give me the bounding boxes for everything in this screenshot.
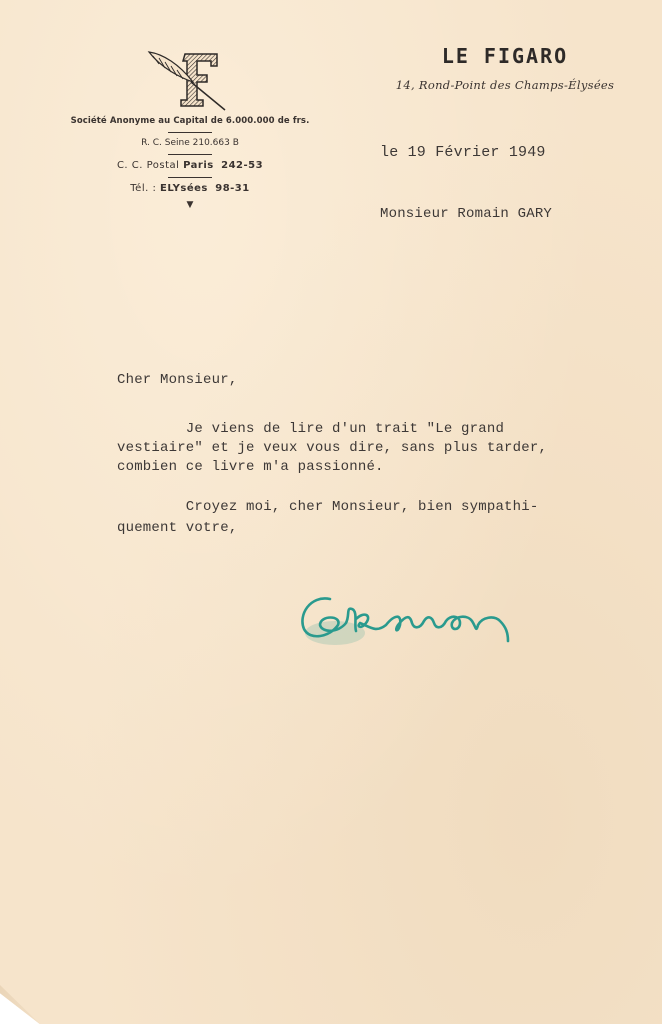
telephone: Tél. : ELYsées 98-31	[40, 183, 340, 194]
divider	[168, 132, 212, 133]
signature	[290, 585, 540, 660]
newspaper-title: LE FIGARO	[380, 44, 630, 68]
registry-number: R. C. Seine 210.663 B	[40, 138, 340, 148]
salutation: Cher Monsieur,	[117, 372, 237, 388]
letterhead-left: Société Anonyme au Capital de 6.000.000 …	[40, 48, 340, 210]
postal-city: Paris	[183, 160, 214, 171]
arrow-down-icon: ▼	[40, 200, 340, 210]
letter-body: Je viens de lire d'un trait "Le grand ve…	[117, 420, 617, 477]
postal-prefix: C. C. Postal	[117, 160, 183, 171]
quill-feather-icon	[145, 48, 235, 112]
masthead: LE FIGARO 14, Rond-Point des Champs-Élys…	[380, 44, 630, 92]
letter-closing: Croyez moi, cher Monsieur, bien sympathi…	[117, 497, 617, 539]
divider	[168, 177, 212, 178]
company-capital: Société Anonyme au Capital de 6.000.000 …	[40, 116, 340, 126]
recipient: Monsieur Romain GARY	[380, 206, 552, 222]
tel-exchange: ELYsées	[160, 183, 208, 194]
newspaper-address: 14, Rond-Point des Champs-Élysées	[380, 78, 630, 92]
tel-number: 98-31	[215, 183, 249, 194]
folded-corner	[0, 985, 40, 1024]
postal-number: 242-53	[221, 160, 263, 171]
divider	[168, 154, 212, 155]
tel-prefix: Tél. :	[130, 183, 160, 194]
letter-date: le 19 Février 1949	[380, 144, 546, 161]
letter-paper: Société Anonyme au Capital de 6.000.000 …	[0, 0, 662, 1024]
postal-account: C. C. Postal Paris 242-53	[40, 160, 340, 171]
